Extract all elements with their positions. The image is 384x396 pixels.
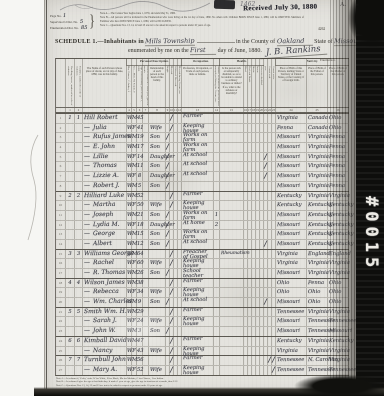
cell-name: — R. Thomas — [83, 269, 127, 278]
cell-bp: Missouri — [276, 269, 307, 278]
cell-occ — [182, 182, 214, 191]
cell-dw — [66, 317, 75, 326]
cell-bp: Virginia — [276, 259, 307, 268]
cell-bpf: Ohio — [307, 298, 328, 307]
enumeration-day-value: First — [190, 46, 216, 55]
column-number: 15 — [220, 108, 244, 112]
cell-bpf: Virginia — [307, 133, 328, 142]
cell-rel — [149, 356, 166, 365]
cell-bp: Missouri — [276, 143, 307, 152]
cell-fam — [75, 327, 83, 336]
cell-bpf: Virginia — [307, 162, 328, 171]
cell-sick — [220, 327, 244, 336]
column-header: The Name of each Person whose place of a… — [83, 59, 127, 107]
column-number: 2 — [75, 108, 83, 112]
cell-bpf: Virginia — [307, 337, 328, 346]
census-table: 111Hill RobertWM45/FarmerVirginiaCanadaO… — [55, 113, 349, 376]
column-number: 8 — [149, 108, 166, 112]
cell-sick — [220, 153, 244, 162]
cell-fam — [75, 124, 83, 133]
cell-dw — [66, 211, 75, 220]
form-note-line: Note C.—Questions Nos. 13, 14, 22 and 23… — [100, 24, 304, 28]
cell-ln: 13 — [56, 230, 66, 239]
cell-sick — [220, 366, 244, 375]
cell-dw — [66, 298, 75, 307]
cell-occ: Works on farm — [182, 133, 214, 142]
cell-sick — [220, 347, 244, 356]
table-row: 111Hill RobertWM45/FarmerVirginiaCanadaO… — [56, 113, 349, 123]
cell-bp: Missouri — [276, 230, 307, 239]
cell-occ: At school — [182, 240, 214, 249]
cell-sick — [220, 356, 244, 365]
cell-ln: 9 — [56, 192, 66, 201]
cell-rel: Wife — [149, 366, 166, 375]
cell-bpf: Virginia — [307, 269, 328, 278]
cell-ln: 23 — [56, 327, 66, 336]
table-row: 12— Lydia M.WF18Daughter/At home2Missour… — [56, 220, 349, 230]
enumerated-prefix: enumerated by me on the — [128, 48, 189, 54]
cell-bp: Kentucky — [276, 201, 307, 210]
cell-bp: Tennessee — [276, 356, 307, 365]
cell-rel: Wife — [149, 259, 166, 268]
page-no-label: Page No. — [50, 14, 62, 18]
group-header-health: Health. — [219, 58, 264, 66]
cell-name: — Rebecca — [83, 288, 127, 297]
cell-ln: 27 — [56, 366, 66, 375]
cell-name: — Lizzie A. — [83, 172, 127, 181]
cell-bpf: Kentucky — [307, 201, 328, 210]
cell-dw — [66, 230, 75, 239]
cell-ln: 7 — [56, 172, 66, 181]
cell-bp: Ohio — [276, 279, 307, 288]
cell-name: Hill Robert — [83, 114, 127, 123]
group-header-occupation: Occupation. — [181, 58, 220, 66]
cell-sick — [220, 211, 244, 220]
cell-sick — [220, 133, 244, 142]
cell-bpf: Kentucky — [307, 230, 328, 239]
cell-fam — [75, 259, 83, 268]
cell-sick: Rheumatism — [220, 250, 244, 259]
cell-dw — [66, 201, 75, 210]
cell-ln: 11 — [56, 211, 66, 220]
cell-name: Wilson James — [83, 279, 127, 288]
cell-bp: Missouri — [276, 133, 307, 142]
cell-sick — [220, 172, 244, 181]
cell-dw — [66, 133, 75, 142]
cell-rel: Son — [149, 162, 166, 171]
cell-ln: 1 — [56, 114, 66, 123]
cell-dw: 6 — [66, 337, 75, 346]
cell-fam — [75, 153, 83, 162]
cell-ln: 17 — [56, 269, 66, 278]
cell-name: — Martha — [83, 201, 127, 210]
cell-name: — Wm. Charles — [83, 298, 127, 307]
cell-rel — [149, 114, 166, 123]
cell-sick — [220, 182, 244, 191]
enumerated-suffix: day of June, 1880. — [218, 48, 262, 54]
cell-rel — [149, 308, 166, 317]
column-number: 24 — [276, 108, 307, 112]
cell-sick — [220, 114, 244, 123]
cell-bpf: Virginia — [307, 172, 328, 181]
column-number: 1 — [66, 108, 75, 112]
cell-bp: Ohio — [276, 288, 307, 297]
column-header: Relationship of each person to the head … — [149, 59, 166, 107]
cell-sick — [220, 269, 244, 278]
cell-ln: 6 — [56, 162, 66, 171]
pencil-scrawl-margin — [18, 130, 44, 250]
cell-dw — [66, 162, 75, 171]
column-header: Families, numbered in order of visitatio… — [75, 59, 83, 107]
column-number: 3 — [83, 108, 127, 112]
column-header: Place of Birth of this Person, naming St… — [276, 59, 307, 107]
cell-ln: 4 — [56, 143, 66, 152]
enumeration-label: Enumeration Dist. No. — [50, 26, 79, 30]
table-row: 17— R. ThomasWM26Son/School teacherMisso… — [56, 268, 349, 278]
cell-occ: At school — [182, 298, 214, 307]
page-no-value: 1 — [62, 13, 66, 19]
cell-bp: Missouri — [276, 298, 307, 307]
table-row: 20— Wm. CharlesWM9Son/At school/Missouri… — [56, 297, 349, 307]
cell-sick — [220, 221, 244, 230]
cell-dw — [66, 172, 75, 181]
table-row: 19— RebeccaWF34Wife/Keeping houseOhioOhi… — [56, 287, 349, 297]
cell-occ: At home — [182, 221, 214, 230]
column-number: 13 — [182, 108, 214, 112]
cell-bp: Penna — [276, 124, 307, 133]
cell-ln: 2 — [56, 124, 66, 133]
cell-name: — E. John — [83, 143, 127, 152]
cell-fam — [75, 182, 83, 191]
column-number: 25 — [307, 108, 328, 112]
cell-ln: 24 — [56, 337, 66, 346]
cell-rel: Son — [149, 327, 166, 336]
film-frame-number: #0015 — [357, 196, 381, 346]
cell-fam — [75, 230, 83, 239]
cell-name: — Joseph — [83, 211, 127, 220]
cell-dw: 1 — [66, 114, 75, 123]
place-value: Mills Township — [145, 37, 195, 47]
cell-dw — [66, 143, 75, 152]
cell-bpf: Penna — [307, 279, 328, 288]
table-row: 23— John W.WM3Son/MissouriTennesseeMisso… — [56, 326, 349, 336]
cell-name: — Sarah J. — [83, 317, 127, 326]
cell-name: Turnbull John — [83, 356, 127, 365]
cell-ln: 8 — [56, 182, 66, 191]
ink-smudge — [214, 0, 235, 9]
cell-ln: 20 — [56, 298, 66, 307]
dark-corner-top — [348, 0, 384, 48]
cell-occ: Works on farm — [182, 143, 214, 152]
cell-rel: Son — [149, 240, 166, 249]
cell-ln: 26 — [56, 356, 66, 365]
cell-bpf: Virginia — [307, 259, 328, 268]
supervisor-label: Supervisor's Dist. No. — [50, 20, 78, 24]
cell-fam — [75, 269, 83, 278]
table-row: 14— AlbertWM12Son/At school/MissouriKent… — [56, 239, 349, 249]
district-number-block: Page No. 1 Supervisor's Dist. No. 5 Enum… — [50, 13, 94, 31]
cell-sick — [220, 279, 244, 288]
cell-dw: 5 — [66, 308, 75, 317]
cell-name: — Julia — [83, 124, 127, 133]
form-note-line: Note A.—The Census Year begins June 1, 1… — [100, 12, 304, 16]
cell-ln: 22 — [56, 317, 66, 326]
cell-sick — [220, 192, 244, 201]
cell-fam — [75, 366, 83, 375]
cell-occ: School teacher — [182, 269, 214, 278]
table-row: 3— Rufus JamesWM19Son/Works on farmMisso… — [56, 132, 349, 142]
cell-fam — [75, 201, 83, 210]
cell-dw: 7 — [66, 356, 75, 365]
cell-occ: Farmer — [182, 356, 214, 365]
cell-name: — George — [83, 230, 127, 239]
cell-occ: Keeping house — [182, 288, 214, 297]
cell-name: Williams George — [83, 250, 127, 259]
page-edge-line — [46, 0, 47, 392]
cell-name: — Albert — [83, 240, 127, 249]
cell-fam — [75, 162, 83, 171]
cell-bp: Kentucky — [276, 337, 307, 346]
cell-rel — [149, 337, 166, 346]
cell-occ: Works on farm — [182, 230, 214, 239]
table-row: 2677Turnbull JohnWM56/Farmer//TennesseeN… — [56, 355, 349, 365]
schedule-prefix: SCHEDULE 1.—Inhabitants in — [55, 38, 144, 45]
cell-rel: Wife — [149, 347, 166, 356]
column-header: Is the person sick or temporarily disabl… — [220, 59, 244, 107]
cell-ln: 25 — [56, 347, 66, 356]
cell-rel — [149, 250, 166, 259]
cell-sick — [220, 162, 244, 171]
cell-dw — [66, 124, 75, 133]
cell-bpf: Canada — [307, 114, 328, 123]
cell-bp: Missouri — [276, 182, 307, 191]
cell-bp: Tennessee — [276, 308, 307, 317]
cell-bpf: Virginia — [307, 153, 328, 162]
cell-dw — [66, 269, 75, 278]
cell-occ: Keeping house — [182, 259, 214, 268]
cell-name: — Nancy — [83, 347, 127, 356]
cell-dw — [66, 288, 75, 297]
cell-bp: Kentucky — [276, 192, 307, 201]
cell-dw: 3 — [66, 250, 75, 259]
blank-underline — [197, 37, 235, 43]
cell-fam — [75, 240, 83, 249]
cell-fam: 4 — [75, 279, 83, 288]
cell-fam — [75, 347, 83, 356]
cell-sick — [220, 337, 244, 346]
cell-fam: 2 — [75, 192, 83, 201]
cell-dw: 2 — [66, 192, 75, 201]
cell-sick — [220, 201, 244, 210]
cell-dw — [66, 327, 75, 336]
cell-fam — [75, 172, 83, 181]
cell-sick — [220, 124, 244, 133]
cell-dw — [66, 182, 75, 191]
cell-occ: Keeping house — [182, 347, 214, 356]
cell-bpf: Virginia — [307, 143, 328, 152]
cell-occ: At school — [182, 162, 214, 171]
cell-bpf: Virginia — [307, 308, 328, 317]
cell-sick — [220, 288, 244, 297]
cell-dw — [66, 153, 75, 162]
column-header — [56, 59, 66, 107]
cell-name: — Lydia M. — [83, 221, 127, 230]
cell-ln: 18 — [56, 279, 66, 288]
cell-ln: 12 — [56, 221, 66, 230]
cell-dw — [66, 221, 75, 230]
cell-bp: Virginia — [276, 114, 307, 123]
table-row: 25— NancyWF43Wife/Keeping houseVirginiaV… — [56, 346, 349, 356]
cell-rel: Son — [149, 182, 166, 191]
cell-sick — [220, 143, 244, 152]
column-header: Place of Birth of the Father of this per… — [307, 59, 328, 107]
cell-fam — [75, 221, 83, 230]
table-row: 922Hilliard LukeWM52/FarmerKentuckyVirgi… — [56, 191, 349, 201]
cell-rel: Son — [149, 143, 166, 152]
cell-fam — [75, 133, 83, 142]
cell-name: — Robert J. — [83, 182, 127, 191]
cell-fam: 7 — [75, 356, 83, 365]
cell-name: — Rachel — [83, 259, 127, 268]
cell-sick — [220, 298, 244, 307]
cell-rel: Son — [149, 133, 166, 142]
cell-rel: Daughter — [149, 153, 166, 162]
enumerated-line: enumerated by me on the First day of Jun… — [128, 46, 262, 55]
cell-fam: 1 — [75, 114, 83, 123]
cell-name: Kimball David — [83, 337, 127, 346]
cell-bp: Virginia — [276, 347, 307, 356]
cell-occ: Keeping house — [182, 366, 214, 375]
cell-rel: Daughter — [149, 221, 166, 230]
cell-bpf: Ohio — [307, 288, 328, 297]
cell-name: — Lillie — [83, 153, 127, 162]
table-row: 10— MarthaWF50Wife/Keeping houseKentucky… — [56, 200, 349, 210]
cell-dw — [66, 240, 75, 249]
cell-fam — [75, 143, 83, 152]
cell-ln: 15 — [56, 250, 66, 259]
cell-bpf: Tennessee — [307, 327, 328, 336]
table-row: 1844Wilson JamesWM38/FarmerOhioPennaOhio — [56, 278, 349, 288]
table-row: 2466Kimball DavidWM47/FarmerKentuckyVirg… — [56, 336, 349, 346]
cell-dw — [66, 366, 75, 375]
cell-name: Smith Wm. H. — [83, 308, 127, 317]
dark-corner-bottom — [294, 374, 384, 396]
cell-ln: 19 — [56, 288, 66, 297]
cell-sick — [220, 308, 244, 317]
cell-fam: 5 — [75, 308, 83, 317]
table-row: 13— GeorgeWM15Son/Works on farmMissouriK… — [56, 229, 349, 239]
table-row: 8— Robert J.WM5Son/MissouriVirginiaPenna — [56, 181, 349, 191]
county-label: in the County of — [236, 39, 275, 45]
cell-bpf: England — [307, 250, 328, 259]
cell-bp: Missouri — [276, 153, 307, 162]
cell-rel: Wife — [149, 288, 166, 297]
cell-occ: Farmer — [182, 337, 214, 346]
cell-rel: Son — [149, 269, 166, 278]
cell-name: Hilliard Luke — [83, 192, 127, 201]
page-edge-line — [44, 0, 45, 392]
table-row: 22— Sarah J.WF24Wife/Keeping houseMissou… — [56, 316, 349, 326]
cell-occ: Keeping house — [182, 317, 214, 326]
cell-bpf: Canada — [307, 124, 328, 133]
cell-bp: Missouri — [276, 327, 307, 336]
table-row: 4— E. JohnWM17Son/Works on farmMissouriV… — [56, 142, 349, 152]
cell-sick — [220, 317, 244, 326]
enumeration-value: 85 — [80, 25, 87, 31]
cell-bp: Missouri — [276, 211, 307, 220]
cell-ln: 21 — [56, 308, 66, 317]
cell-dw — [66, 259, 75, 268]
cell-bpf: Kentucky — [307, 221, 328, 230]
column-header: Profession, Occupation, or Trade of each… — [182, 59, 214, 107]
cell-fam — [75, 317, 83, 326]
cell-bpf: Virginia — [307, 182, 328, 191]
cell-rel — [149, 192, 166, 201]
cell-fam — [75, 288, 83, 297]
cell-bp: Missouri — [276, 240, 307, 249]
cell-occ: Keeping house — [182, 201, 214, 210]
cell-name: — John W. — [83, 327, 127, 336]
cell-rel: Son — [149, 298, 166, 307]
cell-rel: Son — [149, 211, 166, 220]
cell-ln: 14 — [56, 240, 66, 249]
cell-dw — [66, 347, 75, 356]
binding-shadow — [330, 0, 358, 392]
cell-bp: Missouri — [276, 162, 307, 171]
cell-fam: 6 — [75, 337, 83, 346]
cell-bp: Missouri — [276, 221, 307, 230]
table-row: 16— RachelWF60Wife/Keeping houseVirginia… — [56, 258, 349, 268]
form-notes: Note A.—The Census Year begins June 1, 1… — [100, 12, 304, 28]
cell-occ: At school — [182, 172, 214, 181]
cell-ln: 5 — [56, 153, 66, 162]
cell-rel: Wife — [149, 201, 166, 210]
table-row: 6— ThomasWM11Son/At school/MissouriVirgi… — [56, 161, 349, 171]
cell-occ: Farmer — [182, 192, 214, 201]
column-header: Dwelling-houses, numbered in order of vi… — [66, 59, 75, 107]
census-scan: 1462 Received July 30, 1880 A. Page No. … — [0, 0, 384, 396]
cell-occ: Farmer — [182, 114, 214, 123]
cell-rel: Son — [149, 230, 166, 239]
cell-sick — [220, 230, 244, 239]
cell-sick — [220, 259, 244, 268]
brace-glyph: } — [89, 11, 95, 31]
cell-bp: Missouri — [276, 317, 307, 326]
form-note-line: Note B.—All persons will be included in … — [100, 16, 304, 23]
cell-bpf: Tennessee — [307, 317, 328, 326]
cell-bpf: Virginia — [307, 347, 328, 356]
cell-sick — [220, 240, 244, 249]
cell-bp: Virginia — [276, 250, 307, 259]
table-row: 2— JuliaWF41Wife/Keeping housePennaCanad… — [56, 123, 349, 133]
cell-occ — [182, 327, 214, 336]
cell-name: — Mary A. — [83, 366, 127, 375]
cell-fam — [75, 298, 83, 307]
cell-ln: 3 — [56, 133, 66, 142]
cell-rel: Wife — [149, 317, 166, 326]
cell-bp: Missouri — [276, 172, 307, 181]
cell-occ: Works on farm — [182, 211, 214, 220]
cell-name: — Thomas — [83, 162, 127, 171]
cell-fam — [75, 211, 83, 220]
cell-rel — [149, 279, 166, 288]
cell-bpf: Kentucky — [307, 240, 328, 249]
table-row: 1533Williams GeorgeWM64/Preacher of Gosp… — [56, 249, 349, 259]
cell-bpf: Kentucky — [307, 211, 328, 220]
group-header-personal: Personal Description. — [126, 58, 182, 66]
form-number: 4262 — [318, 27, 325, 31]
table-row: 11— JosephWM21Son/Works on farm1Missouri… — [56, 210, 349, 220]
